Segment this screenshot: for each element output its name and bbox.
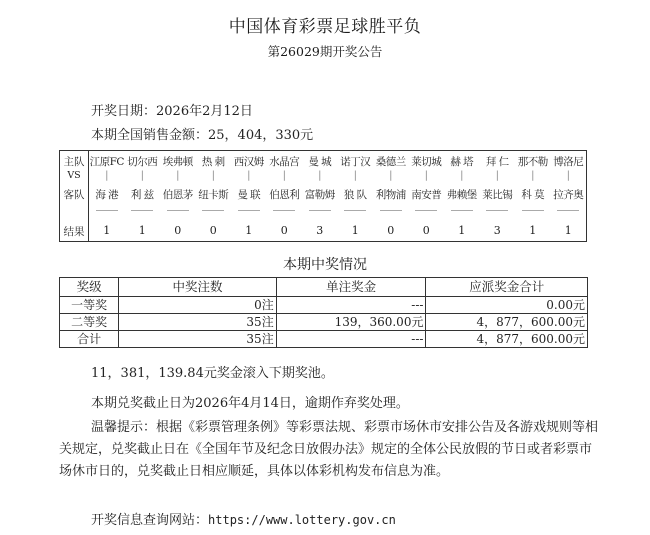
home-team-label: 主队 bbox=[60, 154, 88, 169]
match-result: 1 bbox=[231, 224, 267, 237]
table-row: 合计 35注 --- 4，877，600.00元 bbox=[60, 331, 588, 348]
separator-line bbox=[344, 210, 366, 211]
away-team: 利物浦 bbox=[373, 187, 409, 202]
match-result: 1 bbox=[515, 224, 551, 237]
match-column: 博洛尼 | 拉齐奥 1 bbox=[551, 151, 587, 241]
match-column: 莱切城 | 南安普 0 bbox=[409, 151, 445, 241]
home-team: 埃弗顿 bbox=[160, 154, 196, 169]
home-team: 拜 仁 bbox=[480, 154, 516, 169]
match-result: 1 bbox=[444, 224, 480, 237]
match-column: 那不勒 | 科 莫 1 bbox=[515, 151, 551, 241]
query-site-line: 开奖信息查询网站：https://www.lottery.gov.cn bbox=[91, 509, 396, 528]
total-prize: 4，877，600.00元 bbox=[426, 314, 588, 331]
vs-mark: | bbox=[373, 170, 409, 181]
separator-line bbox=[451, 210, 473, 211]
away-team: 海 港 bbox=[89, 187, 125, 202]
home-team: 桑德兰 bbox=[373, 154, 409, 169]
home-team: 赫 塔 bbox=[444, 154, 480, 169]
unit-prize: --- bbox=[276, 297, 426, 314]
match-column: 桑德兰 | 利物浦 0 bbox=[373, 151, 409, 241]
away-team: 南安普 bbox=[409, 187, 445, 202]
away-team: 狼 队 bbox=[338, 187, 374, 202]
away-team: 莱比锡 bbox=[480, 187, 516, 202]
reminder-notice: 温馨提示：根据《彩票管理条例》等彩票法规、彩票市场休市安排公告及各游戏规则等相关… bbox=[59, 417, 599, 483]
away-team: 伯恩利 bbox=[267, 187, 303, 202]
home-team: 博洛尼 bbox=[551, 154, 587, 169]
separator-line bbox=[131, 210, 153, 211]
separator-line bbox=[380, 210, 402, 211]
rollover-note: 11，381，139.84元奖金滚入下期奖池。 bbox=[91, 362, 334, 381]
vs-mark: | bbox=[267, 170, 303, 181]
vs-mark: | bbox=[338, 170, 374, 181]
home-team: 那不勒 bbox=[515, 154, 551, 169]
home-team: 莱切城 bbox=[409, 154, 445, 169]
winner-count: 0注 bbox=[119, 297, 276, 314]
match-result: 3 bbox=[302, 224, 338, 237]
column-header-level: 奖级 bbox=[60, 278, 119, 297]
match-result: 0 bbox=[196, 224, 232, 237]
separator-line bbox=[309, 210, 331, 211]
away-team: 拉齐奥 bbox=[551, 187, 587, 202]
match-result: 0 bbox=[160, 224, 196, 237]
away-team: 科 莫 bbox=[515, 187, 551, 202]
draw-number-subtitle: 第26029期开奖公告 bbox=[0, 42, 650, 60]
match-result: 1 bbox=[551, 224, 587, 237]
page-title: 中国体育彩票足球胜平负 bbox=[0, 12, 650, 37]
vs-mark: | bbox=[125, 170, 161, 181]
home-team: 诺丁汉 bbox=[338, 154, 374, 169]
home-team: 切尔西 bbox=[125, 154, 161, 169]
away-team: 伯恩茅 bbox=[160, 187, 196, 202]
total-prize: 4，877，600.00元 bbox=[426, 331, 588, 348]
match-column: 曼 城 | 富勒姆 3 bbox=[302, 151, 338, 241]
separator-line bbox=[522, 210, 544, 211]
column-header-count: 中奖注数 bbox=[119, 278, 276, 297]
sales-label: 本期全国销售金额： bbox=[91, 128, 208, 143]
vs-mark: | bbox=[515, 170, 551, 181]
separator-line bbox=[415, 210, 437, 211]
draw-date-value: 2026年2月12日 bbox=[156, 104, 253, 119]
away-team: 弗赖堡 bbox=[444, 187, 480, 202]
prize-level: 合计 bbox=[60, 331, 119, 348]
home-team: 水晶宫 bbox=[267, 154, 303, 169]
sales-value: 25，404，330元 bbox=[208, 128, 313, 143]
match-result: 0 bbox=[267, 224, 303, 237]
vs-mark: | bbox=[89, 170, 125, 181]
winner-count: 35注 bbox=[119, 331, 276, 348]
match-row-labels: 主队 VS 客队 结果 bbox=[60, 151, 89, 241]
total-prize: 0.00元 bbox=[426, 297, 588, 314]
vs-mark: | bbox=[196, 170, 232, 181]
match-column: 埃弗顿 | 伯恩茅 0 bbox=[160, 151, 196, 241]
draw-date-label: 开奖日期： bbox=[91, 104, 156, 119]
home-team: 热 刺 bbox=[196, 154, 232, 169]
separator-line bbox=[486, 210, 508, 211]
prize-table: 奖级 中奖注数 单注奖金 应派奖金合计 一等奖 0注 --- 0.00元 二等奖… bbox=[59, 277, 588, 348]
sales-amount-line: 本期全国销售金额：25，404，330元 bbox=[91, 124, 313, 143]
away-team: 富勒姆 bbox=[302, 187, 338, 202]
query-site-url[interactable]: https://www.lottery.gov.cn bbox=[208, 513, 396, 527]
column-header-unit-prize: 单注奖金 bbox=[276, 278, 426, 297]
table-row: 二等奖 35注 139，360.00元 4，877，600.00元 bbox=[60, 314, 588, 331]
table-row: 一等奖 0注 --- 0.00元 bbox=[60, 297, 588, 314]
unit-prize: --- bbox=[276, 331, 426, 348]
home-team: 江原FC bbox=[89, 154, 125, 169]
prize-section-heading: 本期中奖情况 bbox=[0, 254, 650, 274]
separator-line bbox=[96, 210, 118, 211]
home-team: 西汉姆 bbox=[231, 154, 267, 169]
away-team-label: 客队 bbox=[60, 187, 88, 202]
vs-label: VS bbox=[60, 170, 88, 181]
vs-mark: | bbox=[480, 170, 516, 181]
column-header-total: 应派奖金合计 bbox=[426, 278, 588, 297]
match-column: 诺丁汉 | 狼 队 1 bbox=[338, 151, 374, 241]
prize-level: 二等奖 bbox=[60, 314, 119, 331]
prize-table-header-row: 奖级 中奖注数 单注奖金 应派奖金合计 bbox=[60, 278, 588, 297]
match-table: 主队 VS 客队 结果 江原FC | 海 港 1 切尔西 | 利 兹 1 埃弗顿… bbox=[59, 150, 587, 242]
claim-deadline-note: 本期兑奖截止日为2026年4月14日，逾期作弃奖处理。 bbox=[91, 392, 409, 411]
separator-line bbox=[273, 210, 295, 211]
match-columns: 江原FC | 海 港 1 切尔西 | 利 兹 1 埃弗顿 | 伯恩茅 0 热 刺… bbox=[89, 151, 586, 241]
match-result: 3 bbox=[480, 224, 516, 237]
separator-line bbox=[557, 210, 579, 211]
match-column: 切尔西 | 利 兹 1 bbox=[125, 151, 161, 241]
unit-prize: 139，360.00元 bbox=[276, 314, 426, 331]
query-site-label: 开奖信息查询网站： bbox=[91, 513, 208, 528]
match-column: 水晶宫 | 伯恩利 0 bbox=[267, 151, 303, 241]
match-column: 赫 塔 | 弗赖堡 1 bbox=[444, 151, 480, 241]
vs-mark: | bbox=[409, 170, 445, 181]
prize-level: 一等奖 bbox=[60, 297, 119, 314]
vs-mark: | bbox=[551, 170, 587, 181]
vs-mark: | bbox=[160, 170, 196, 181]
match-column: 江原FC | 海 港 1 bbox=[89, 151, 125, 241]
separator-line bbox=[238, 210, 260, 211]
match-result: 1 bbox=[89, 224, 125, 237]
match-column: 热 刺 | 纽卡斯 0 bbox=[196, 151, 232, 241]
away-team: 利 兹 bbox=[125, 187, 161, 202]
match-result: 0 bbox=[409, 224, 445, 237]
away-team: 纽卡斯 bbox=[196, 187, 232, 202]
vs-mark: | bbox=[302, 170, 338, 181]
separator-line bbox=[202, 210, 224, 211]
home-team: 曼 城 bbox=[302, 154, 338, 169]
away-team: 曼 联 bbox=[231, 187, 267, 202]
match-result: 0 bbox=[373, 224, 409, 237]
winner-count: 35注 bbox=[119, 314, 276, 331]
separator-line bbox=[167, 210, 189, 211]
vs-mark: | bbox=[231, 170, 267, 181]
draw-date-line: 开奖日期：2026年2月12日 bbox=[91, 100, 253, 119]
match-column: 拜 仁 | 莱比锡 3 bbox=[480, 151, 516, 241]
match-result: 1 bbox=[125, 224, 161, 237]
vs-mark: | bbox=[444, 170, 480, 181]
result-label: 结果 bbox=[60, 224, 88, 239]
match-result: 1 bbox=[338, 224, 374, 237]
match-column: 西汉姆 | 曼 联 1 bbox=[231, 151, 267, 241]
